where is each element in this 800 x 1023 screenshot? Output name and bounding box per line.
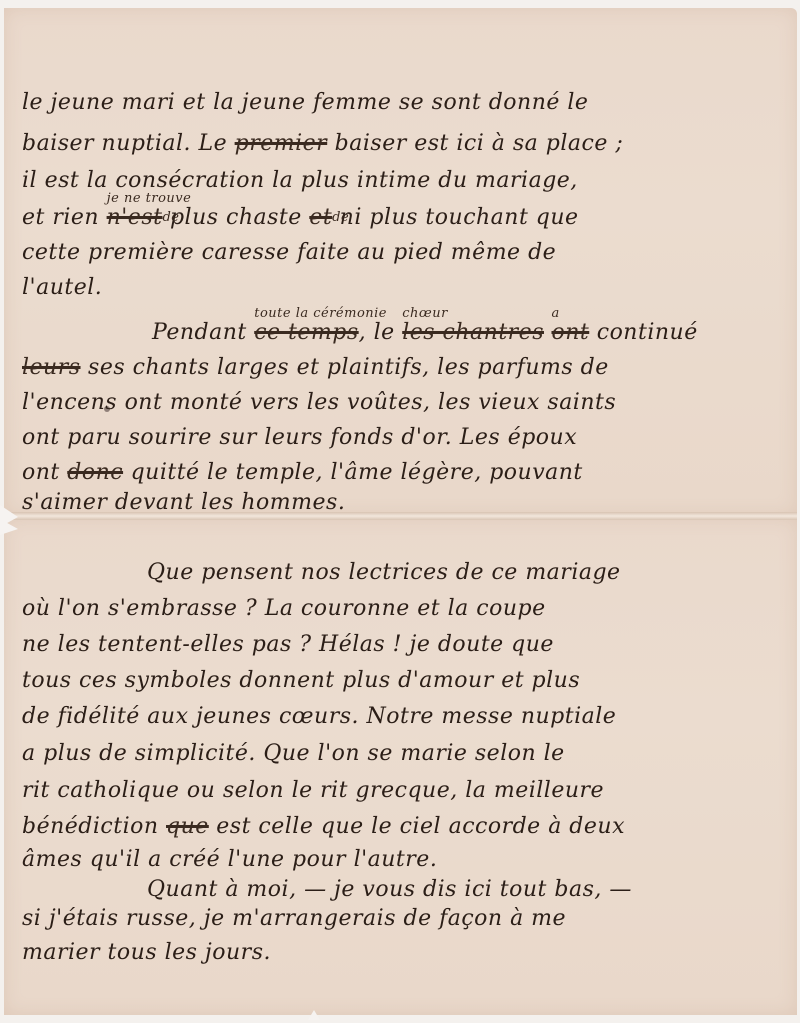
manuscript-line: l'encens ont monté vers les voûtes, les … bbox=[22, 390, 616, 415]
text-fragment: Que pensent nos lectrices de ce mariage bbox=[22, 560, 621, 585]
text-fragment: baiser est ici à sa place ; bbox=[327, 131, 623, 156]
struck-word: ce temps bbox=[254, 320, 358, 345]
struck-word: n'est bbox=[107, 205, 163, 230]
text-fragment: Quant à moi, — je vous dis ici tout bas,… bbox=[22, 877, 632, 902]
manuscript-line: ne les tentent-elles pas ? Hélas ! je do… bbox=[22, 632, 554, 657]
manuscript-line: où l'on s'embrasse ? La couronne et la c… bbox=[22, 596, 546, 621]
struck-word: ont bbox=[551, 320, 589, 345]
manuscript-line: baiser nuptial. Le premier baiser est ic… bbox=[22, 131, 623, 156]
struck-word: les chantres bbox=[402, 320, 544, 345]
manuscript-line: marier tous les jours. bbox=[22, 940, 271, 965]
manuscript-line: Que pensent nos lectrices de ce mariage bbox=[22, 560, 621, 585]
interlinear-insertion: de bbox=[332, 210, 349, 225]
manuscript-line: si j'étais russe, je m'arrangerais de fa… bbox=[22, 906, 566, 931]
struck-word: donc bbox=[67, 460, 123, 485]
manuscript-line: tous ces symboles donnent plus d'amour e… bbox=[22, 668, 580, 693]
manuscript-line: s'aimer devant les hommes. bbox=[22, 490, 345, 515]
text-fragment: baiser nuptial. Le bbox=[22, 131, 235, 156]
manuscript-line: rit catholique ou selon le rit grecque, … bbox=[22, 778, 604, 803]
interlinear-insertion: chœur bbox=[402, 306, 448, 321]
text-fragment: quitté le temple, l'âme légère, pouvant bbox=[123, 460, 583, 485]
text-fragment: ont bbox=[22, 460, 67, 485]
manuscript-line: Quant à moi, — je vous dis ici tout bas,… bbox=[22, 877, 632, 902]
text-fragment: plus chaste bbox=[162, 205, 309, 230]
interlinear-insertion: je ne trouve bbox=[107, 191, 192, 206]
manuscript-line: le jeune mari et la jeune femme se sont … bbox=[22, 90, 588, 115]
manuscript-line: cette première caresse faite au pied mêm… bbox=[22, 240, 556, 265]
manuscript-line: leurs ses chants larges et plaintifs, le… bbox=[22, 355, 609, 380]
interlinear-insertion: de bbox=[162, 210, 179, 225]
text-fragment: est celle que le ciel accorde à deux bbox=[209, 814, 625, 839]
text-fragment: et rien bbox=[22, 205, 107, 230]
manuscript-line: il est la consécration la plus intime du… bbox=[22, 168, 578, 193]
manuscript-line: Pendant toute la cérémoniece temps, le c… bbox=[22, 320, 698, 345]
manuscript-line: ont paru sourire sur leurs fonds d'or. L… bbox=[22, 425, 577, 450]
interlinear-insertion: a bbox=[551, 306, 559, 321]
text-fragment: ni plus touchant que bbox=[332, 205, 578, 230]
manuscript-line: l'autel. bbox=[22, 275, 102, 300]
text-fragment: , le bbox=[359, 320, 403, 345]
manuscript-line: âmes qu'il a créé l'une pour l'autre. bbox=[22, 847, 437, 872]
struck-word: premier bbox=[235, 131, 328, 156]
text-fragment: bénédiction bbox=[22, 814, 166, 839]
manuscript-line: ont donc quitté le temple, l'âme légère,… bbox=[22, 460, 583, 485]
manuscript-line: a plus de simplicité. Que l'on se marie … bbox=[22, 741, 565, 766]
manuscript-line: bénédiction que est celle que le ciel ac… bbox=[22, 814, 625, 839]
text-fragment: Pendant bbox=[22, 320, 254, 345]
text-fragment: ses chants larges et plaintifs, les parf… bbox=[81, 355, 609, 380]
interlinear-insertion: toute la cérémonie bbox=[254, 306, 387, 321]
manuscript-line: de fidélité aux jeunes cœurs. Notre mess… bbox=[22, 704, 616, 729]
manuscript-line: et rien je ne trouven'estde plus chaste … bbox=[22, 205, 579, 230]
struck-word: que bbox=[166, 814, 209, 839]
struck-word: et bbox=[309, 205, 332, 230]
struck-word: leurs bbox=[22, 355, 81, 380]
text-fragment: continué bbox=[589, 320, 697, 345]
